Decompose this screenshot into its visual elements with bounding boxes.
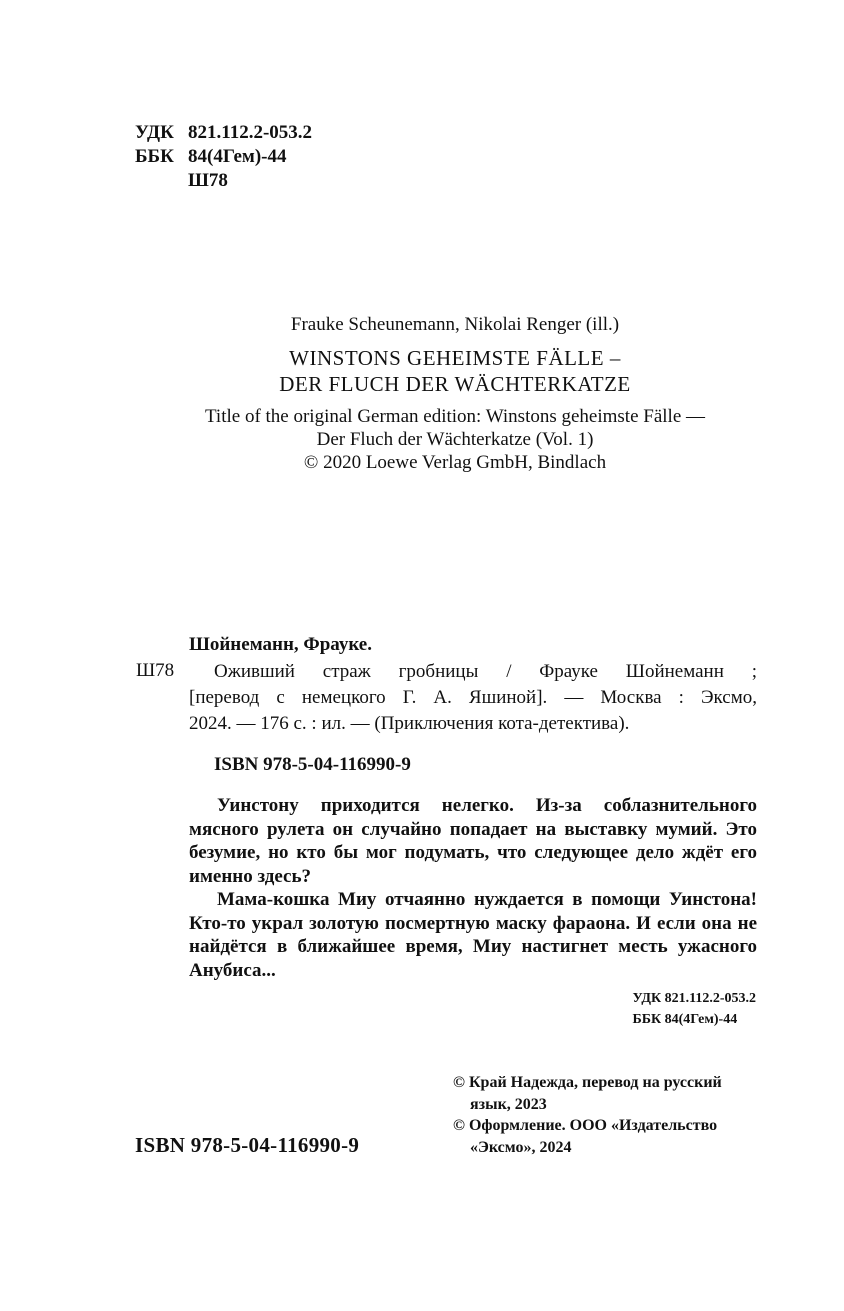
card-description-line3: 2024. — 176 с. : ил. — (Приключения кота… xyxy=(189,712,629,736)
copyright-translation: © Край Надежда, перевод на русский язык,… xyxy=(453,1072,763,1115)
footer-copyrights: © Край Надежда, перевод на русский язык,… xyxy=(453,1072,763,1158)
original-title-line2: DER FLUCH DER WÄCHTERKATZE xyxy=(130,371,780,397)
card-isbn: ISBN 978-5-04-116990-9 xyxy=(214,754,411,776)
card-description-line1: Оживший страж гробницы / Фрауке Шойнеман… xyxy=(214,660,757,684)
bbk-row: ББК84(4Гем)-44 xyxy=(135,145,287,169)
card-udk: УДК 821.112.2-053.2 xyxy=(632,988,756,1009)
card-author-mark: Ш78 xyxy=(136,660,174,682)
bbk-value: 84(4Гем)-44 xyxy=(188,146,287,167)
udk-row: УДК821.112.2-053.2 xyxy=(135,121,312,145)
card-classification: УДК 821.112.2-053.2 ББК 84(4Гем)-44 xyxy=(632,988,756,1030)
bbk-label: ББК xyxy=(135,145,188,169)
footer-isbn: ISBN 978-5-04-116990-9 xyxy=(135,1133,359,1158)
copyright-design: © Оформление. ООО «Издательство «Эксмо»,… xyxy=(453,1115,763,1158)
card-author-heading: Шойнеманн, Фрауке. xyxy=(189,634,372,656)
author-mark: Ш78 xyxy=(188,169,228,193)
annotation-paragraph: Мама-кошка Миу отчаянно нуждается в помо… xyxy=(189,888,757,982)
udk-value: 821.112.2-053.2 xyxy=(188,122,312,143)
card-annotation: Уинстону приходится нелегко. Из-за собла… xyxy=(189,794,757,982)
card-description-line2: [перевод с немецкого Г. А. Яшиной]. — Мо… xyxy=(189,686,757,710)
original-note-line2: Der Fluch der Wächterkatze (Vol. 1) xyxy=(130,428,780,451)
original-copyright: © 2020 Loewe Verlag GmbH, Bindlach xyxy=(130,451,780,474)
card-bbk: ББК 84(4Гем)-44 xyxy=(632,1009,756,1030)
annotation-paragraph: Уинстону приходится нелегко. Из-за собла… xyxy=(189,794,757,888)
original-title-line1: WINSTONS GEHEIMSTE FÄLLE – xyxy=(130,345,780,371)
original-authors: Frauke Scheunemann, Nikolai Renger (ill.… xyxy=(130,314,780,336)
udk-label: УДК xyxy=(135,121,188,145)
original-note-line1: Title of the original German edition: Wi… xyxy=(110,405,800,428)
